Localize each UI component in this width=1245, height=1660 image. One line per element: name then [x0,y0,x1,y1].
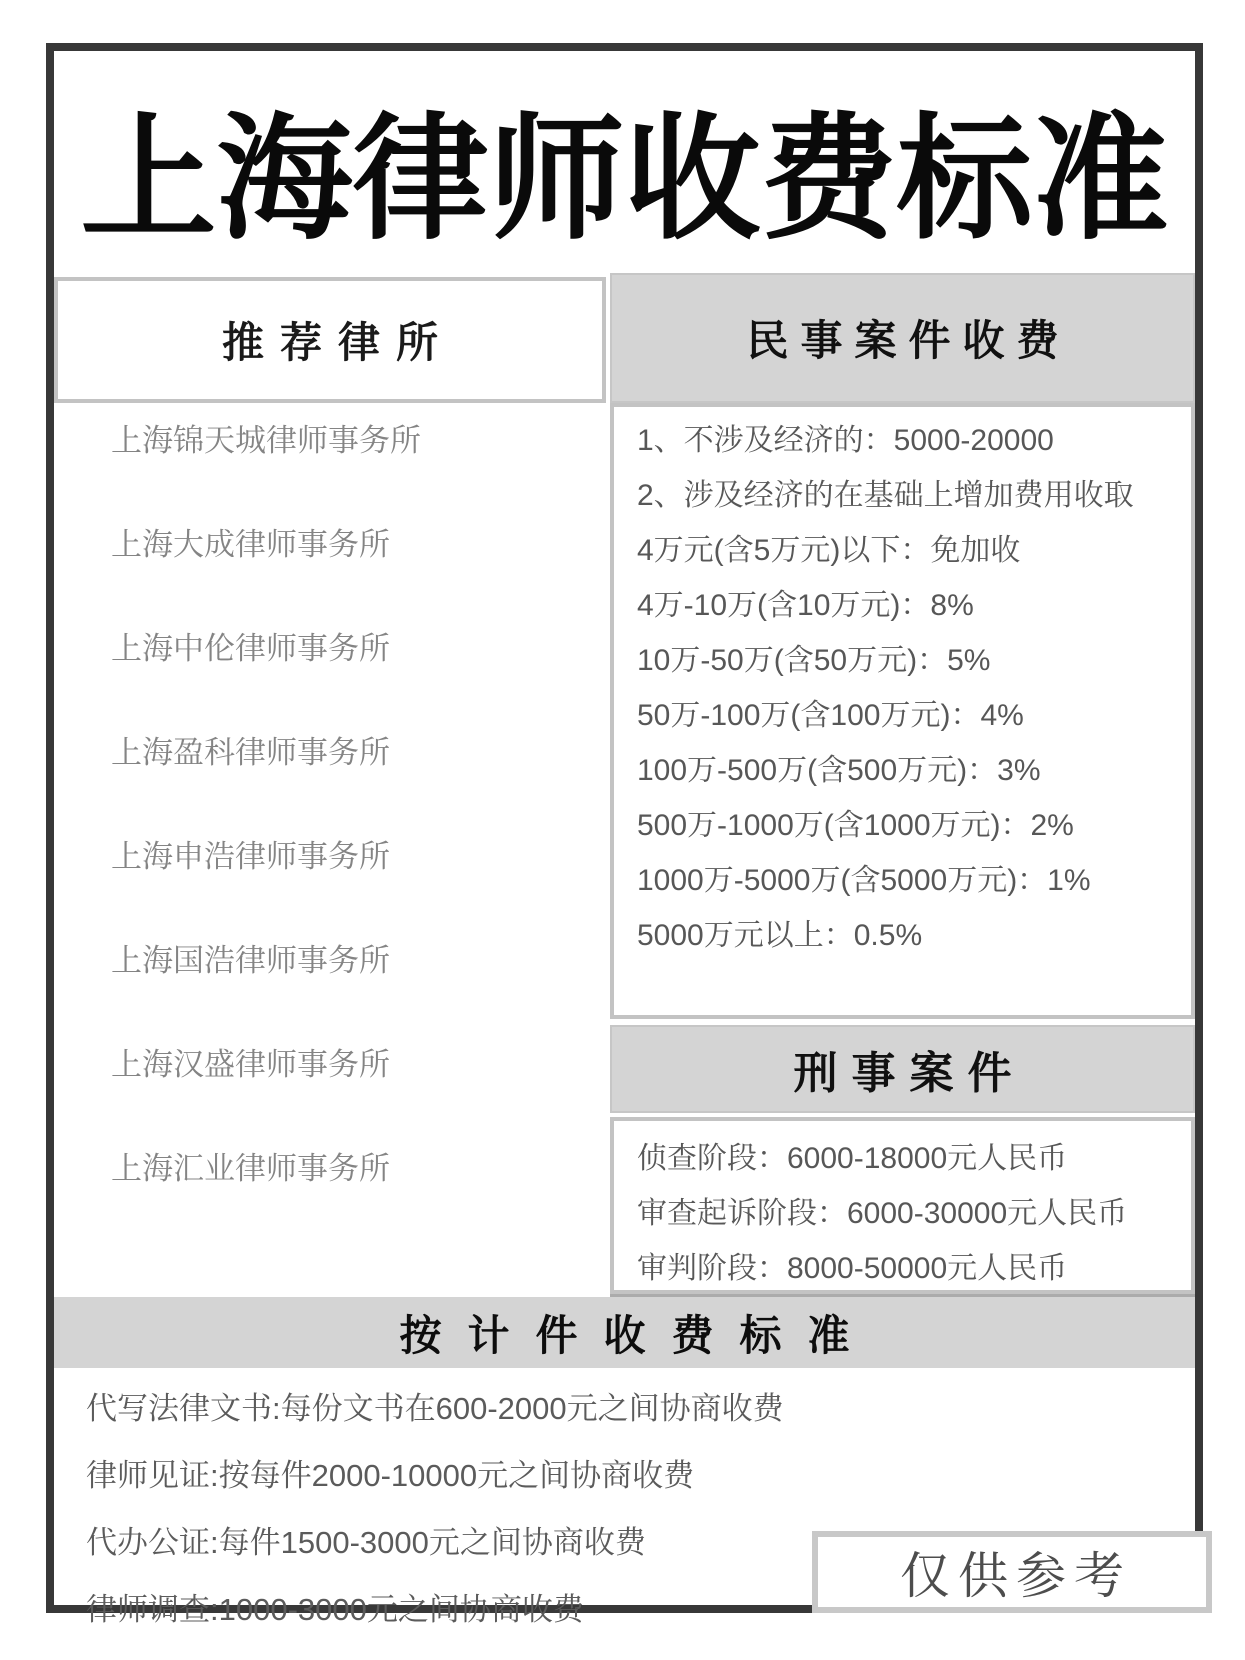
criminal-fee-line: 审判阶段：8000-50000元人民币 [637,1237,1191,1292]
page-title: 上海律师收费标准 [54,78,1195,256]
firm-list-item: 上海大成律师事务所 [54,489,606,593]
firm-list-item: 上海国浩律师事务所 [54,905,606,1009]
criminal-cases-header: 刑事案件 [610,1025,1195,1113]
firm-list-item: 上海中伦律师事务所 [54,593,606,697]
criminal-cases-box: 侦查阶段：6000-18000元人民币 审查起诉阶段：6000-30000元人民… [610,1117,1195,1294]
piecework-item: 律师见证:按每件2000-10000元之间协商收费 [86,1439,1086,1506]
piecework-item: 代写法律文书:每份文书在600-2000元之间协商收费 [86,1372,1086,1439]
civil-cases-box: 1、不涉及经济的：5000-20000 2、涉及经济的在基础上增加费用收取 4万… [610,403,1195,1019]
civil-fee-line: 4万元(含5万元)以下：免加收 [637,519,1191,574]
civil-fee-line: 100万-500万(含500万元)：3% [637,739,1191,794]
firm-list-item: 上海汉盛律师事务所 [54,1009,606,1113]
firm-list-item: 上海申浩律师事务所 [54,801,606,905]
civil-fee-line: 50万-100万(含100万元)：4% [637,684,1191,739]
firm-list-item: 上海盈科律师事务所 [54,697,606,801]
civil-fee-line: 5000万元以上：0.5% [637,904,1191,959]
civil-fee-line: 500万-1000万(含1000万元)：2% [637,794,1191,849]
civil-fee-line: 1000万-5000万(含5000万元)：1% [637,849,1191,904]
poster-page: 上海律师收费标准 推荐律所 上海锦天城律师事务所 上海大成律师事务所 上海中伦律… [0,0,1245,1660]
criminal-fee-line: 侦查阶段：6000-18000元人民币 [637,1127,1191,1182]
civil-fee-line: 4万-10万(含10万元)：8% [637,574,1191,629]
reference-note-box: 仅供参考 [812,1531,1212,1613]
civil-fee-line: 10万-50万(含50万元)：5% [637,629,1191,684]
civil-cases-header: 民事案件收费 [610,273,1195,403]
firm-list: 上海锦天城律师事务所 上海大成律师事务所 上海中伦律师事务所 上海盈科律师事务所… [54,385,606,1217]
firm-list-item: 上海锦天城律师事务所 [54,385,606,489]
civil-fee-line: 2、涉及经济的在基础上增加费用收取 [637,464,1191,519]
firm-list-item: 上海汇业律师事务所 [54,1113,606,1217]
civil-fee-line: 1、不涉及经济的：5000-20000 [637,409,1191,464]
piecework-header: 按计件收费标准 [54,1297,1195,1368]
criminal-fee-line: 审查起诉阶段：6000-30000元人民币 [637,1182,1191,1237]
